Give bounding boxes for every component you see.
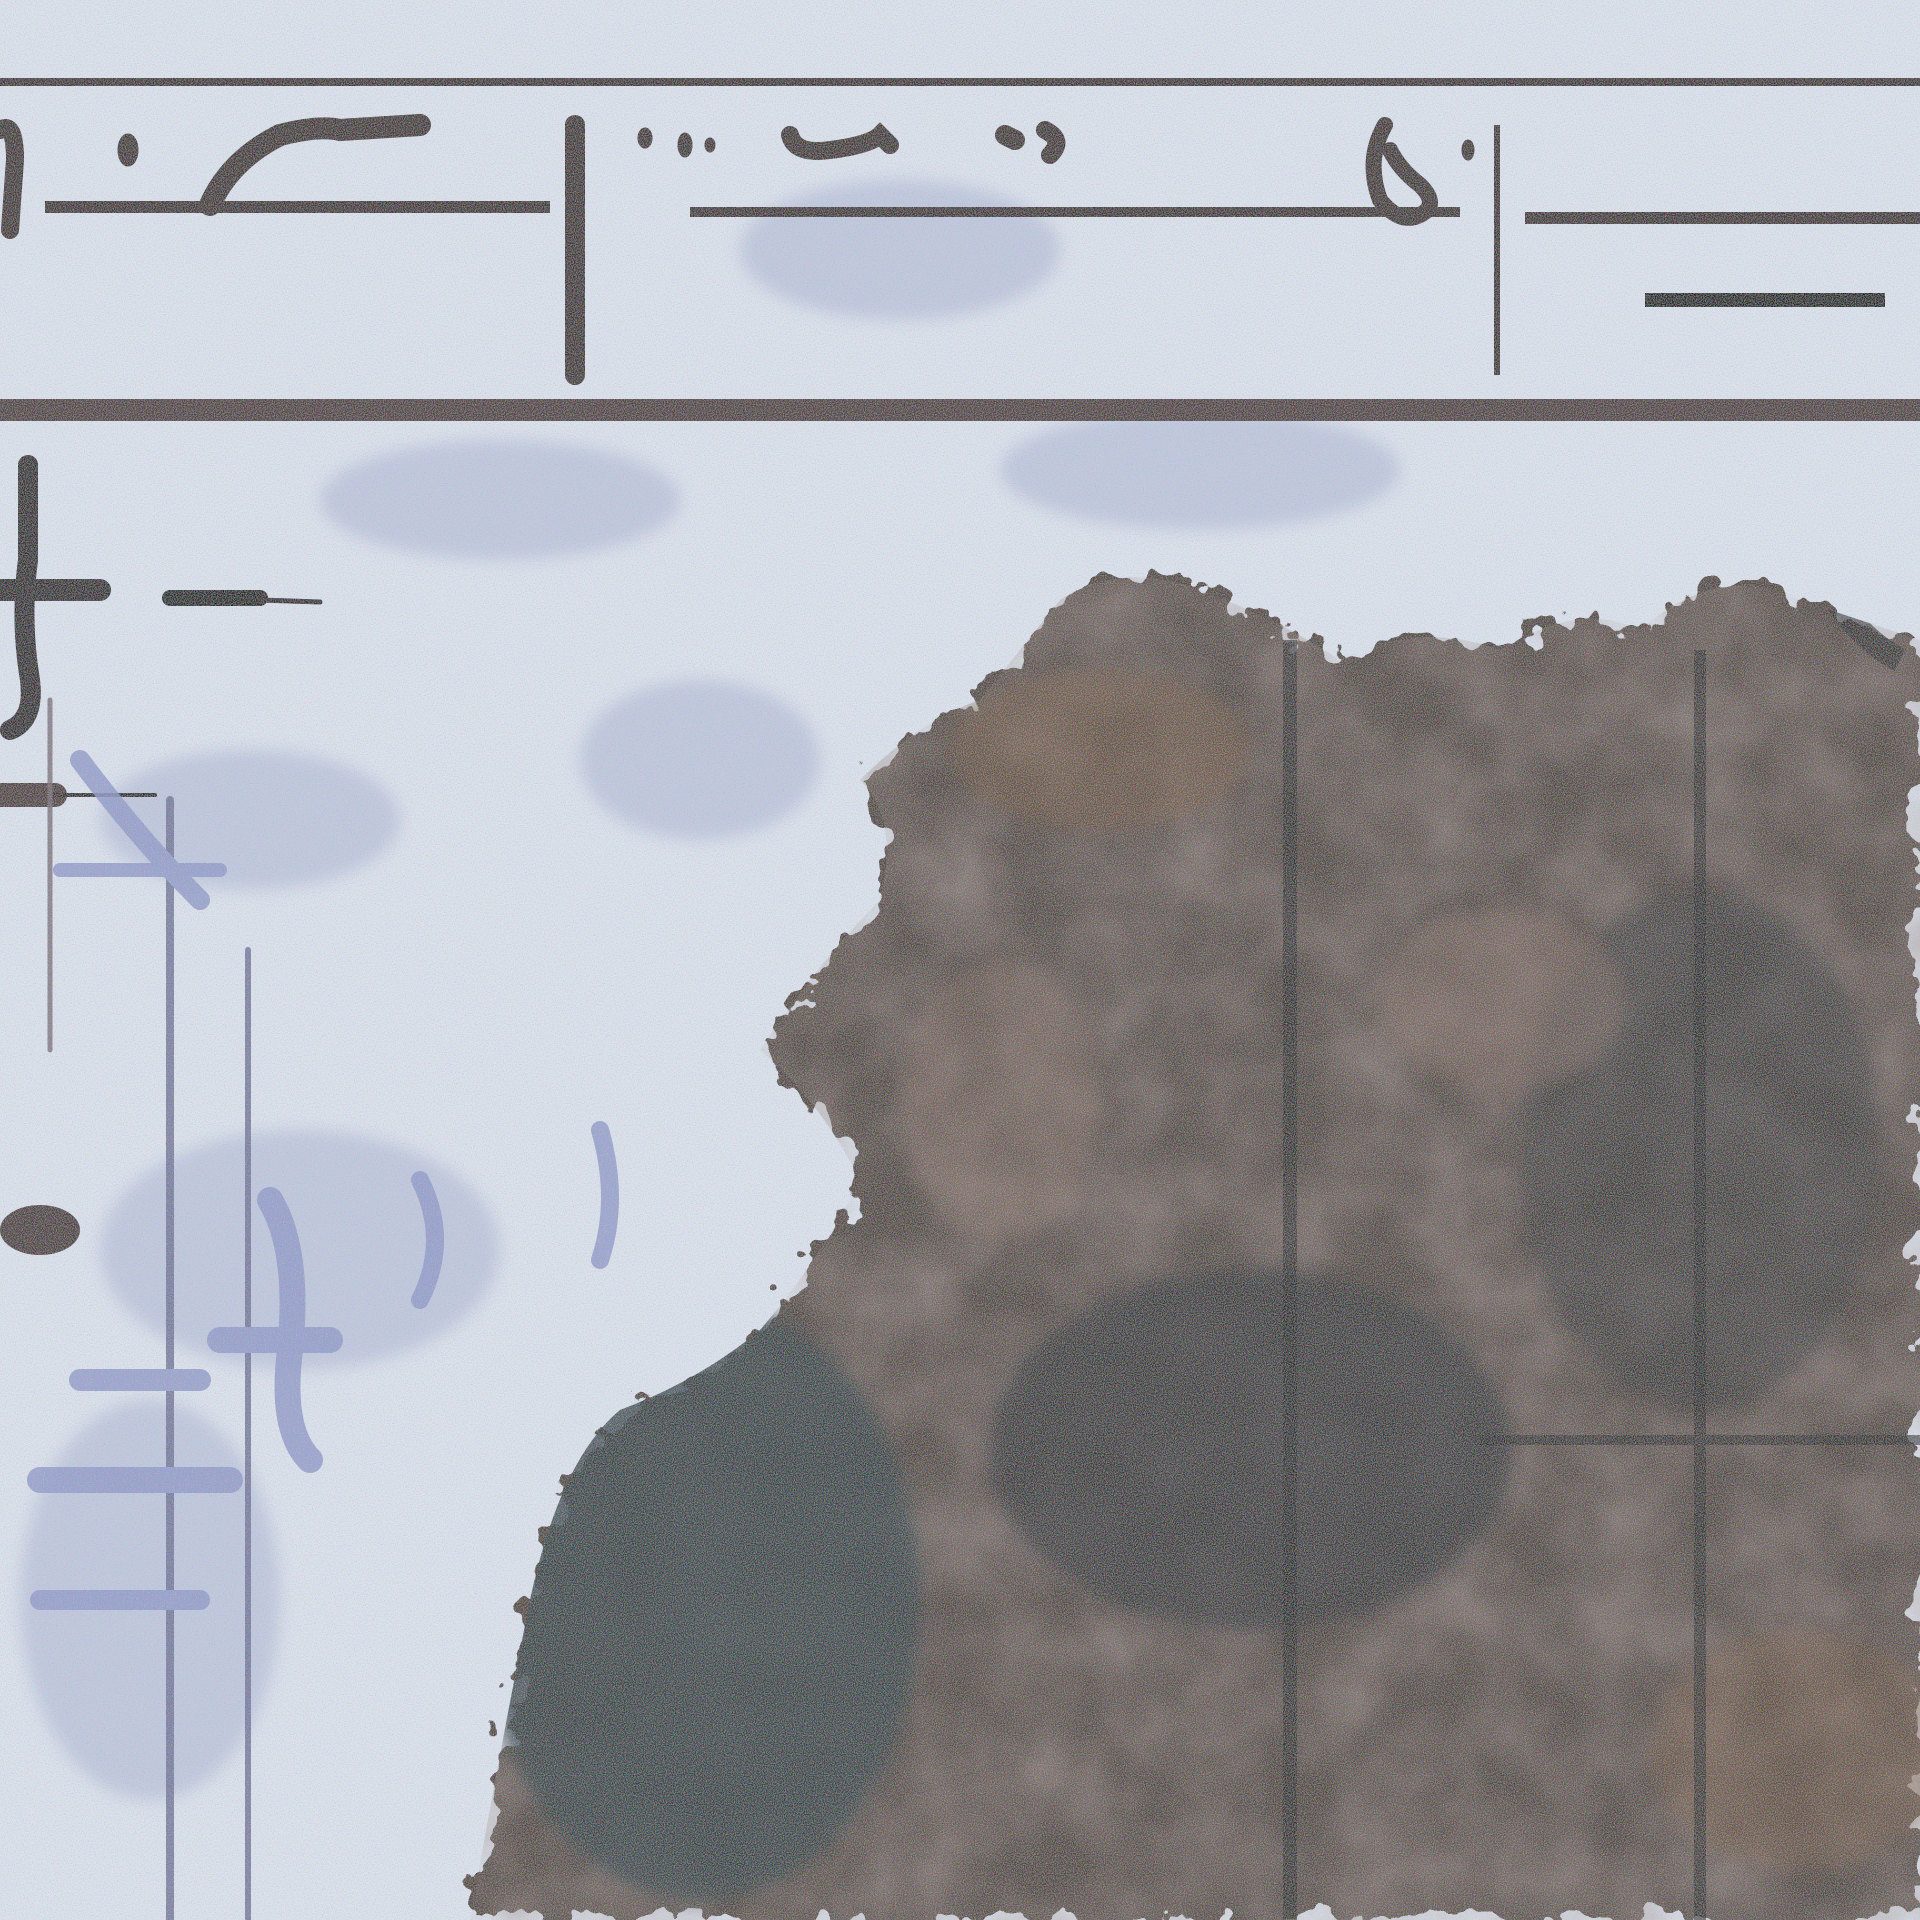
document-texture xyxy=(0,0,1920,1920)
document-photo: Close-up photograph of an aged paper doc… xyxy=(0,0,1920,1920)
